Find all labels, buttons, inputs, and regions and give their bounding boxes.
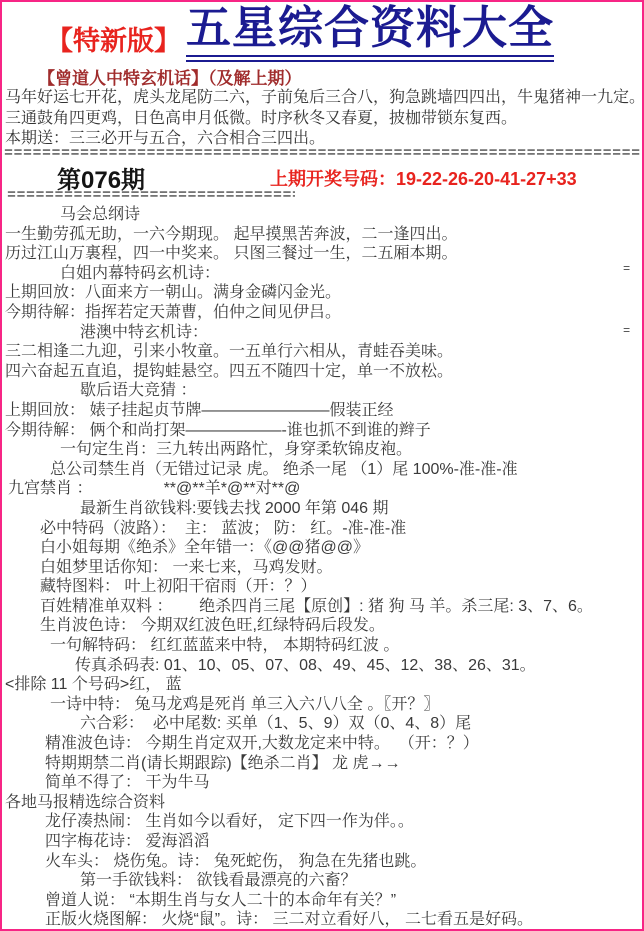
text-line: 三通鼓角四更鸡，日色高申月低微。时序秋冬又春夏，披枷带锁东复西。 [5,109,641,130]
text-line: 九宫禁肖 ： **@**羊*@**对**@ [5,479,642,499]
page-title: 五星综合资料大全 [186,4,554,62]
text-line: 六合彩： 必中尾数: 买单（1、5、9）双（0、4、8）尾 [5,714,642,734]
text-line: 简单不得了： 干为牛马 [5,773,642,793]
last-draw-result: 上期开奖号码：19-22-26-20-41-27+33 [270,165,577,191]
text-line: 四六奋起五直追，提钩蛙悬空。四五不随四十定，单一不放松。 [5,362,642,382]
text-line: 马会总纲诗 [5,205,642,225]
text-line: 特期期禁二肖(请长期跟踪)【绝杀二肖】 龙 虎→→ [5,754,642,774]
text-line: 正版火烧图解： 火烧“鼠”。诗： 三二对立看好八， 二七看五是好码。 [5,910,642,930]
text-line: 总公司禁生肖（无错过记录 虎。 绝杀一尾 （1）尾 100%-准-准-准 [5,460,642,480]
text-line: 龙仔凑热闹： 生肖如今以看好， 定下四一作为伴。。 [5,812,642,832]
body-lines: 马会总纲诗一生勤劳孤无助，一六今期现。 起早摸黑苦奔波，二一逢四出。历过江山万裏… [5,205,642,930]
text-line: 第一手欲钱料： 欲钱看最漂亮的六畜？ [5,871,642,891]
text-line: <排除 11 个号码>红， 蓝 [5,675,642,695]
subtitle-zengdaoren: 【曾道人中特玄机话】（及解上期） [38,64,302,89]
text-line: 一句解特码： 红红蓝蓝来中特， 本期特码红波 。 [5,636,642,656]
text-line: 三二相逢二九迎，引来小牧童。一五单行六相从，青蛙吞美味。 [5,342,642,362]
text-line: 歇后语大竞猜 ： [5,381,642,401]
text-line: 一句定生肖：三九转出两路忙，身穿柔软锦皮袍。 [5,440,642,460]
text-line: 四字梅花诗： 爱海滔滔 [5,832,642,852]
text-line: 历过江山万裏程，四一中奖来。 只图三餐过一生，二五厢本期。 [5,244,642,264]
text-line: 各地马报精选综合资料 [5,793,642,813]
scan-artifact: = [623,324,630,338]
text-line: 港澳中特玄机诗： [5,323,642,343]
separator-top: ========================================… [4,147,640,161]
text-line: 上期回放：八面来方一朝山。满身金磷闪金光。 [5,283,642,303]
scan-artifact: = [623,262,630,276]
text-line: 最新生肖欲钱料:要钱去找 2000 年第 046 期 [5,499,642,519]
last-draw-numbers: 19-22-26-20-41-27+33 [396,169,577,189]
text-line: 今期待解： 俩个和尚打架——————-谁也抓不到谁的辫子 [5,421,642,441]
text-line: 白姐梦里话你知： 一来七来，马鸡发财。 [5,558,642,578]
text-line: 生肖波色诗： 今期双红波色旺,红绿特码后段发。 [5,616,642,636]
last-draw-label: 上期开奖号码： [270,169,396,189]
header: 【特新版】 五星综合资料大全 [46,4,554,62]
text-line: 白小姐每期《绝杀》全年错一：《@@猪@@》 [5,538,642,558]
text-line: 白姐内幕特码玄机诗： [5,264,642,284]
separator-issue: ========================================… [7,189,295,203]
edition-tag: 【特新版】 [46,19,181,58]
text-line: 传真杀码表: 01、10、05、07、08、49、45、12、38、26、31。 [5,656,642,676]
text-line: 精准波色诗： 今期生肖定双开,大数龙定来中特。 （开：？） [5,734,642,754]
lottery-sheet-page: 【特新版】 五星综合资料大全 【曾道人中特玄机话】（及解上期） 马年好运七开花，… [0,0,644,931]
text-line: 今期待解：指挥若定天萧曹，伯仲之间见伊吕。 [5,303,642,323]
text-line: 藏特图料： 叶上初阳干宿雨（开：？） [5,577,642,597]
text-line: 必中特码（波路）： 主： 蓝波； 防： 红。-准-准-准 [5,519,642,539]
intro-lines: 马年好运七开花，虎头龙尾防二六，子前兔后三合八，狗急跳墙四四出，牛鬼猪神一九定。… [5,88,641,150]
text-line: 火车头： 烧伤兔。诗： 兔死蛇伤， 狗急在先猪也跳。 [5,852,642,872]
text-line: 马年好运七开花，虎头龙尾防二六，子前兔后三合八，狗急跳墙四四出，牛鬼猪神一九定。 [5,88,641,109]
text-line: 曾道人说： “本期生肖与女人二十的本命年有关？” [5,891,642,911]
text-line: 上期回放： 婊子挂起贞节牌————————假装正经 [5,401,642,421]
text-line: 一诗中特： 兔马龙鸡是死肖 单三入六八八全 。〖开？〗 [5,695,642,715]
text-line: 一生勤劳孤无助，一六今期现。 起早摸黑苦奔波，二一逢四出。 [5,225,642,245]
text-line: 百姓精准单双料 ： 绝杀四肖三尾【原创】: 猪 狗 马 羊。杀三尾: 3、7、6… [5,597,642,617]
